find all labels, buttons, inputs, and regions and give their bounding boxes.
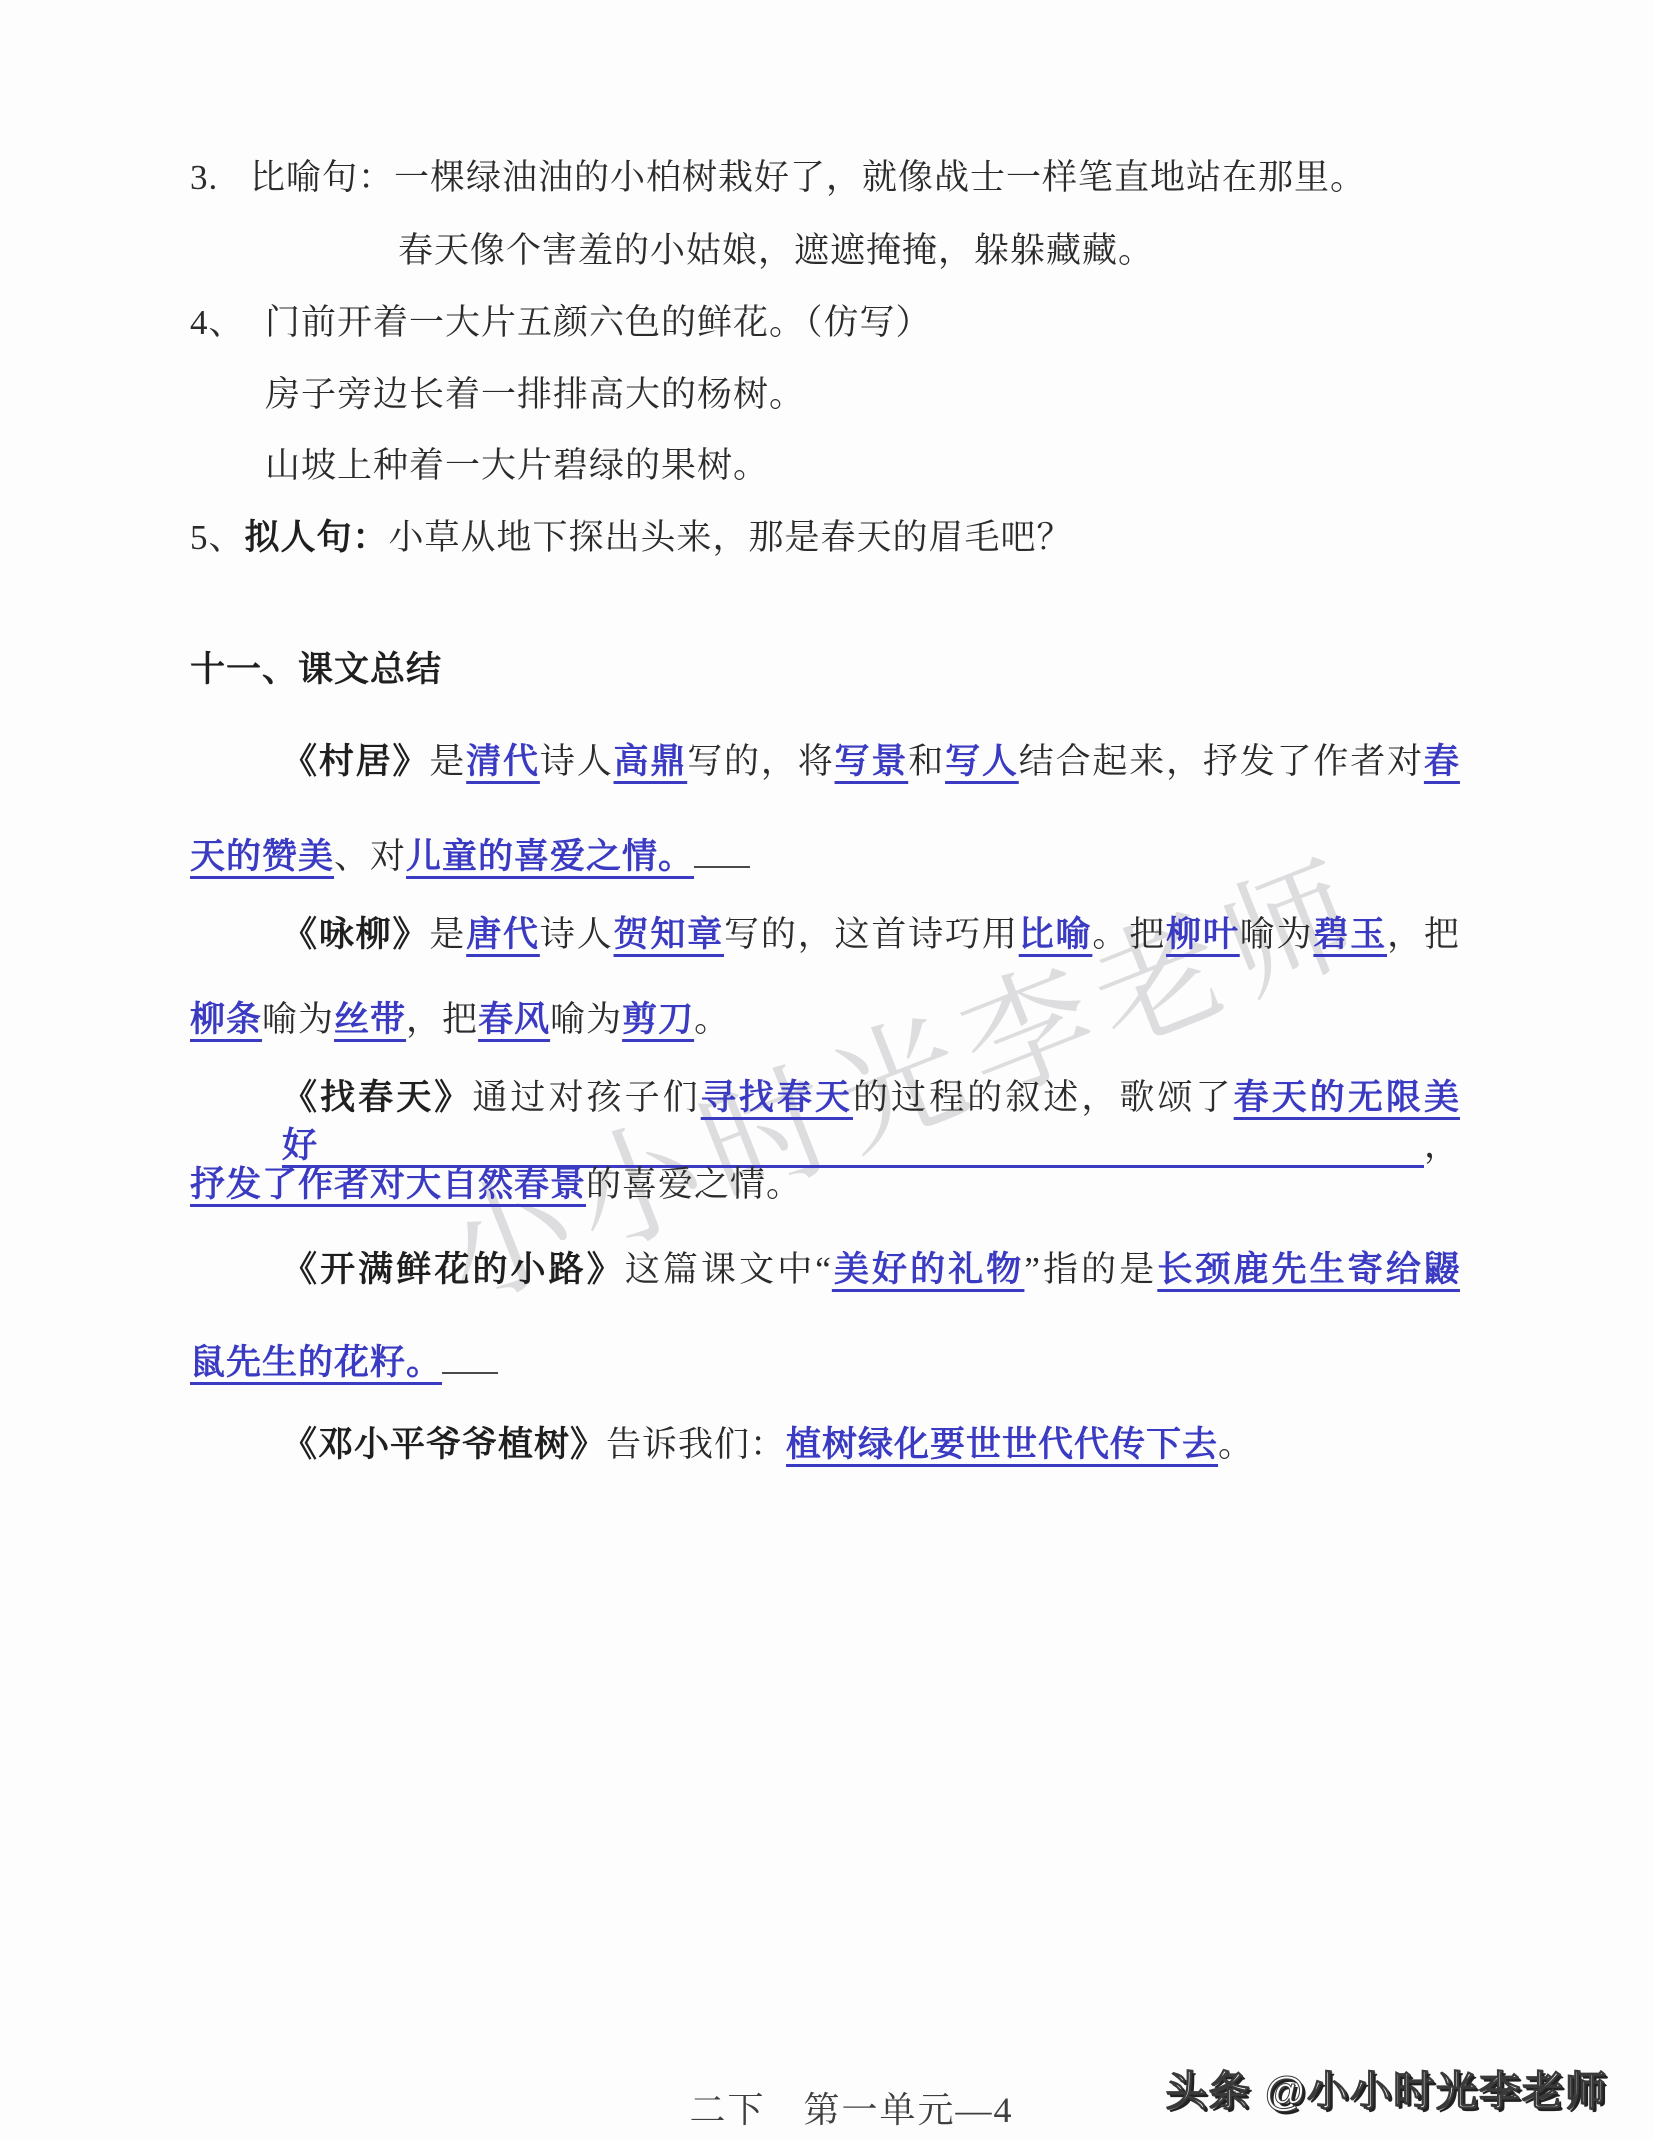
text-segment: 《找春天》 xyxy=(282,1078,472,1117)
summary-zhaochuntian-line-1: 《找春天》通过对孩子们寻找春天的过程的叙述，歌颂了春天的无限美好， xyxy=(282,1074,1460,1170)
item-3-line-1: 3.比喻句：一棵绿油油的小柏树栽好了，就像战士一样笔直地站在那里。 xyxy=(190,154,1366,202)
summary-cunju-line-1: 《村居》是清代诗人高鼎写的，将写景和写人结合起来，抒发了作者对春 xyxy=(282,738,1460,786)
text-segment: 、对 xyxy=(334,837,406,876)
text-segment: 的过程的叙述，歌颂了 xyxy=(853,1078,1234,1117)
text-segment: 美好的礼物 xyxy=(832,1250,1025,1289)
item-4-line-3: 山坡上种着一大片碧绿的果树。 xyxy=(265,442,769,490)
text-segment: 比喻句：一棵绿油油的小柏树栽好了，就像战士一样笔直地站在那里。 xyxy=(250,158,1366,197)
section-heading: 十一、课文总结 xyxy=(190,646,442,694)
text-segment: 比喻 xyxy=(1019,915,1093,954)
text-segment: 诗人 xyxy=(540,742,614,781)
summary-kaiman-line-1: 《开满鲜花的小路》这篇课文中“美好的礼物”指的是长颈鹿先生寄给鼹 xyxy=(282,1246,1460,1294)
text-segment: 是 xyxy=(429,915,466,954)
text-segment xyxy=(694,826,750,868)
text-segment: 写景 xyxy=(835,742,909,781)
text-segment: 高鼎 xyxy=(614,742,688,781)
text-segment: 《邓小平爷爷植树》 xyxy=(282,1425,606,1464)
text-segment: 《开满鲜花的小路》 xyxy=(282,1250,625,1289)
text-segment: 十一、课文总结 xyxy=(190,650,442,689)
text-segment: 房子旁边长着一排排高大的杨树。 xyxy=(265,375,805,414)
list-marker: 3. xyxy=(190,154,250,202)
item-4-line-2: 房子旁边长着一排排高大的杨树。 xyxy=(265,371,805,419)
text-segment: 写人 xyxy=(945,742,1019,781)
text-segment: 《村居》 xyxy=(282,742,429,781)
text-segment xyxy=(442,1332,498,1374)
text-segment: 喻为 xyxy=(550,1000,622,1039)
text-segment: 春风 xyxy=(478,1000,550,1039)
text-segment: 小草从地下探出头来，那是春天的眉毛吧？ xyxy=(389,518,1073,557)
text-segment: 。 xyxy=(694,1000,730,1039)
page: { "page": { "width": 1653, "height": 213… xyxy=(0,0,1653,2139)
text-segment: 诗人 xyxy=(540,915,614,954)
text-segment: 结合起来，抒发了作者对 xyxy=(1019,742,1424,781)
text-segment: ”指的是 xyxy=(1024,1250,1157,1289)
text-segment: 长颈鹿先生寄给鼹 xyxy=(1157,1250,1460,1289)
text-segment: 柳条 xyxy=(190,1000,262,1039)
text-segment: 是 xyxy=(429,742,466,781)
text-segment: 丝带 xyxy=(334,1000,406,1039)
text-segment: 和 xyxy=(908,742,945,781)
summary-yongliu-line-2: 柳条喻为丝带，把春风喻为剪刀。 xyxy=(190,996,730,1044)
text-segment: 写的，将 xyxy=(687,742,834,781)
text-segment: 春 xyxy=(1424,742,1460,781)
toutiao-brand-watermark: 头条 @小小时光李老师 xyxy=(1166,2058,1608,2117)
item-4-line-1: 4、门前开着一大片五颜六色的鲜花。（仿写） xyxy=(190,299,932,347)
item-5-line: 5、拟人句：小草从地下探出头来，那是春天的眉毛吧？ xyxy=(190,514,1073,562)
text-segment: 通过对孩子们 xyxy=(472,1078,700,1117)
text-segment: 清代 xyxy=(466,742,540,781)
summary-cunju-line-2: 天的赞美、对儿童的喜爱之情。 xyxy=(190,826,750,881)
text-segment: 寻找春天 xyxy=(701,1078,853,1117)
text-segment: 《咏柳》 xyxy=(282,915,429,954)
text-segment: 贺知章 xyxy=(614,915,725,954)
text-segment: 鼠先生的花籽。 xyxy=(190,1343,442,1382)
summary-zhaochuntian-line-2: 抒发了作者对大自然春景的喜爱之情。 xyxy=(190,1161,802,1209)
summary-yongliu-line-1: 《咏柳》是唐代诗人贺知章写的，这首诗巧用比喻。把柳叶喻为碧玉，把 xyxy=(282,911,1460,959)
text-segment: ，把 xyxy=(406,1000,478,1039)
text-segment: 这篇课文中“ xyxy=(625,1250,832,1289)
text-segment: 喻为 xyxy=(262,1000,334,1039)
summary-dengxiaoping-line: 《邓小平爷爷植树》告诉我们：植树绿化要世世代代传下去。 xyxy=(282,1421,1254,1469)
summary-kaiman-line-2: 鼠先生的花籽。 xyxy=(190,1332,498,1387)
text-segment: 春天像个害羞的小姑娘，遮遮掩掩，躲躲藏藏。 xyxy=(398,231,1154,270)
text-segment: ，把 xyxy=(1387,915,1460,954)
text-segment: 剪刀 xyxy=(622,1000,694,1039)
text-segment: 。 xyxy=(1218,1425,1254,1464)
text-segment: 儿童的喜爱之情。 xyxy=(406,837,694,876)
text-segment: 写的，这首诗巧用 xyxy=(724,915,1019,954)
text-segment: ， xyxy=(1424,1126,1460,1165)
text-segment: 山坡上种着一大片碧绿的果树。 xyxy=(265,446,769,485)
text-segment: 的喜爱之情。 xyxy=(586,1165,802,1204)
item-3-line-2: 春天像个害羞的小姑娘，遮遮掩掩，躲躲藏藏。 xyxy=(398,227,1154,275)
list-marker: 4、 xyxy=(190,299,265,347)
text-segment: 唐代 xyxy=(466,915,540,954)
text-segment: 喻为 xyxy=(1240,915,1314,954)
text-segment: 抒发了作者对大自然春景 xyxy=(190,1165,586,1204)
text-segment: 。把 xyxy=(1092,915,1166,954)
text-segment: 碧玉 xyxy=(1313,915,1387,954)
text-segment: 天的赞美 xyxy=(190,837,334,876)
text-segment: 门前开着一大片五颜六色的鲜花。（仿写） xyxy=(265,303,932,342)
text-segment: 告诉我们： xyxy=(606,1425,786,1464)
text-segment: 5、 xyxy=(190,518,245,557)
document-body: 3.比喻句：一棵绿油油的小柏树栽好了，就像战士一样笔直地站在那里。春天像个害羞的… xyxy=(0,0,1653,2139)
text-segment: 植树绿化要世世代代传下去 xyxy=(786,1425,1218,1464)
text-segment: 拟人句： xyxy=(245,518,389,557)
text-segment: 柳叶 xyxy=(1166,915,1240,954)
